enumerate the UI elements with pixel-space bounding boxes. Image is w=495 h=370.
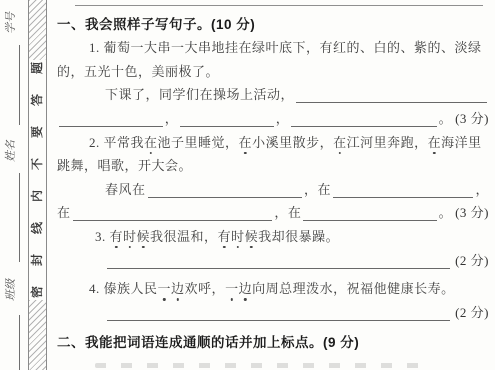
score-label: (3 分) [452, 206, 489, 221]
sentence-text: 跳舞，唱歌，开大会。 [57, 159, 192, 174]
emphasized-char: 在 [428, 136, 442, 151]
sentence-text: 春风在 [105, 183, 146, 198]
seal-char: 题 [31, 62, 43, 74]
sentence-text: 小溪里散步， [252, 136, 333, 151]
sentence-text: ， [475, 183, 489, 198]
emphasized-char: 有 [218, 230, 232, 245]
answer-blank [107, 265, 450, 269]
student-name-label: 姓名 [2, 132, 16, 170]
seal-char: 不 [31, 158, 43, 170]
seal-strip-text: 题 答 要 不 内 线 封 密 [29, 60, 46, 300]
sentence-text: 江河里奔跑， [347, 136, 428, 151]
section-1-title: 一、我会照样子写句子。(10 分) [57, 9, 489, 33]
sentence-1-line-2: 的，五光十色，美丽极了。 [57, 56, 489, 80]
sentence-2-line-1: 2. 平常我在池子里睡觉，在小溪里散步，在江河里奔跑，在海洋里 [57, 127, 489, 151]
seal-char: 线 [31, 222, 43, 234]
sentence-text: 3. [95, 230, 110, 245]
emphasized-char: 候 [245, 230, 259, 245]
answer-blank [59, 123, 163, 127]
class-write-line [19, 315, 20, 370]
seal-char: 密 [31, 286, 43, 298]
sentence-text: 4. 傣族人民 [89, 282, 158, 297]
sentence-text: 在 [57, 206, 71, 221]
sentence-text: ， [165, 112, 179, 127]
sentence-4-line: 4. 傣族人民一边欢呼，一边向周总理泼水，祝福他健康长寿。 [57, 274, 489, 298]
emphasized-char: 边 [239, 282, 253, 297]
exam-paper-page: { "colors": { "text": "#3f3f3f", "rule":… [0, 0, 495, 370]
sentence-1-line-1: 1. 葡萄一大串一大串地挂在绿叶底下，有红的、白的、紫的、淡绿 [57, 33, 489, 57]
sentence-text: 。 [439, 112, 453, 127]
sentence-2-line-2: 跳舞，唱歌，开大会。 [57, 151, 489, 175]
sentence-text: 池子里睡觉， [158, 136, 239, 151]
seal-char: 内 [31, 190, 43, 202]
seal-char: 封 [31, 254, 43, 266]
answer-blank [303, 217, 436, 221]
score-label: (3 分) [452, 112, 489, 127]
emphasized-char: 候 [137, 230, 151, 245]
sentence-2-answer-line-2: 在，在。(3 分) [57, 198, 489, 222]
exam-content: 一、我会照样子写句子。(10 分) 1. 葡萄一大串一大串地挂在绿叶底下，有红的… [57, 0, 489, 350]
seal-strip: 题 答 要 不 内 线 封 密 [28, 0, 47, 370]
answer-blank [73, 217, 273, 221]
sentence-text: ，在 [304, 183, 331, 198]
sentence-text: 。 [439, 206, 453, 221]
answer-blank [180, 123, 273, 127]
sentence-text: 我很温和， [150, 230, 218, 245]
sentence-2-answer-line-1: 春风在，在， [57, 174, 489, 198]
score-label: (2 分) [452, 254, 489, 269]
seal-char: 要 [31, 126, 43, 138]
answer-blank [291, 123, 436, 127]
sentence-3-line: 3. 有时候我很温和，有时候我却很暴躁。 [57, 221, 489, 245]
emphasized-char: 时 [123, 230, 137, 245]
sentence-text: ， [276, 112, 290, 127]
sentence-1-answer-line-1: 下课了，同学们在操场上活动， [57, 80, 489, 104]
class-label: 班级 [2, 271, 16, 309]
emphasized-char: 边 [171, 282, 185, 297]
emphasized-char: 有 [110, 230, 124, 245]
score-label: (2 分) [452, 306, 489, 321]
seal-char: 答 [31, 94, 43, 106]
sentence-4-answer-line: (2 分) [57, 297, 489, 321]
sentence-1-answer-line-2: ，，。(3 分) [57, 103, 489, 127]
sentence-text: 的，五光十色，美丽极了。 [57, 65, 219, 80]
answer-blank [296, 99, 487, 103]
seal-hatch-top [29, 0, 46, 60]
sentence-text: 1. 葡萄一大串一大串地挂在绿叶底下，有红的、白的、紫的、淡绿 [89, 41, 482, 56]
sentence-3-answer-line: (2 分) [57, 245, 489, 269]
sentence-text: 下课了，同学们在操场上活动， [105, 88, 294, 103]
emphasized-char: 一 [158, 282, 172, 297]
emphasized-char: 一 [225, 282, 239, 297]
emphasized-char: 时 [231, 230, 245, 245]
answer-blank [333, 194, 473, 198]
emphasized-char: 在 [333, 136, 347, 151]
sentence-text: 欢呼， [185, 282, 226, 297]
sentence-text: 2. 平常我 [89, 136, 144, 151]
sentence-text: ，在 [274, 206, 301, 221]
sentence-text: 向周总理泼水，祝福他健康长寿。 [252, 282, 455, 297]
student-id-write-line [19, 45, 20, 125]
sentence-text: 我却很暴躁。 [258, 230, 339, 245]
clipped-text-row [95, 363, 425, 368]
emphasized-char: 在 [144, 136, 158, 151]
emphasized-char: 在 [239, 136, 253, 151]
student-id-label: 学号 [2, 4, 16, 42]
answer-blank [107, 317, 450, 321]
sentence-text: 海洋里 [441, 136, 482, 151]
section-2-title: 二、我能把词语连成通顺的话并加上标点。(9 分) [57, 327, 489, 351]
seal-hatch-bottom [29, 300, 46, 370]
answer-blank [148, 194, 303, 198]
student-name-write-line [19, 173, 20, 262]
